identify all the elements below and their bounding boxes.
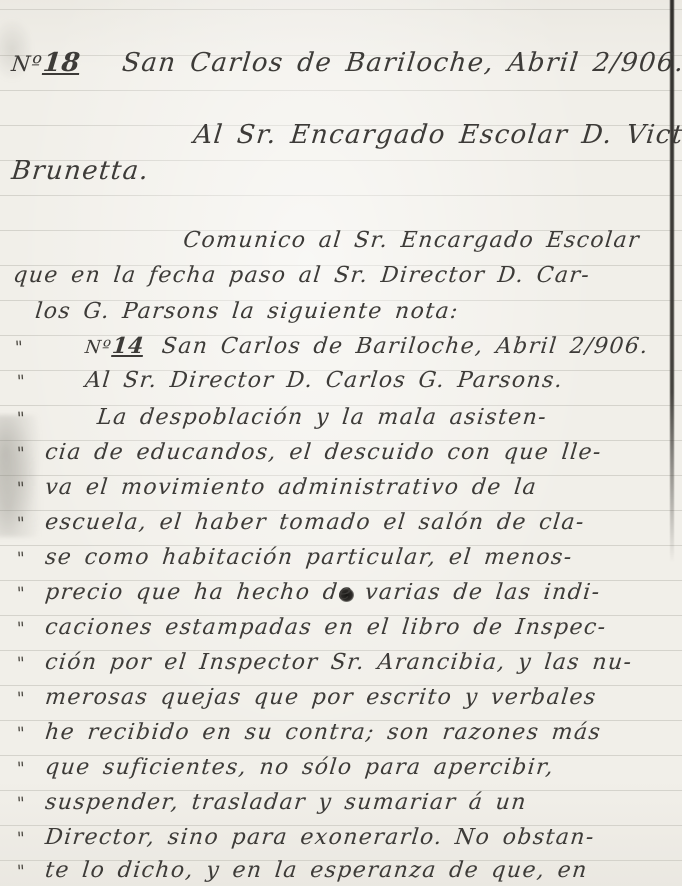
margin-quote-mark: "	[16, 654, 25, 674]
intro-line: que en la fecha paso al Sr. Director D. …	[12, 263, 591, 288]
note-body-line: " merosas quejas que por escrito y verba…	[16, 685, 598, 710]
margin-quote-mark: "	[16, 759, 25, 779]
note-addressee: Al Sr. Director D. Carlos G. Parsons.	[84, 368, 565, 393]
note-body-line: " que suficientes, no sólo para apercibi…	[16, 755, 555, 780]
manuscript-page: Nº18 San Carlos de Bariloche, Abril 2/90…	[0, 0, 682, 886]
margin-quote-mark: "	[16, 549, 25, 569]
note-body-line: " Director, sino para exonerarlo. No obs…	[16, 825, 596, 850]
place-date: San Carlos de Bariloche, Abril 2/906.	[121, 48, 682, 78]
margin-quote-mark: "	[14, 338, 23, 358]
note-body-line: " ción por el Inspector Sr. Arancibia, y…	[16, 650, 634, 675]
note-body-line: " se como habitación particular, el meno…	[16, 545, 574, 570]
note-place-date: San Carlos de Bariloche, Abril 2/906.	[161, 334, 650, 359]
note-body-line: " he recibido en su contra; son razones …	[16, 720, 603, 745]
addressee-line: Brunetta.	[10, 156, 151, 186]
note-body-text: La despoblación y la mala asisten-	[96, 405, 549, 430]
margin-quote-mark: "	[16, 829, 25, 849]
note-body-text: escuela, el haber tomado el salón de cla…	[44, 510, 586, 535]
note-body-text: te lo dicho, y en la esperanza de que, e…	[44, 858, 589, 883]
note-number-value: 14	[111, 333, 145, 359]
intro-line: Comunico al Sr. Encargado Escolar	[182, 228, 641, 253]
note-body-text: que suficientes, no sólo para apercibir,	[44, 755, 556, 780]
note-body-line: " caciones estampadas en el libro de Ins…	[16, 615, 608, 640]
margin-quote-mark: "	[16, 862, 25, 882]
scan-edge-line	[670, 0, 674, 562]
margin-quote-mark: "	[16, 372, 25, 392]
note-addressee-line: " Al Sr. Director D. Carlos G. Parsons.	[16, 368, 565, 393]
note-body-line: " suspender, trasladar y sumariar á un	[16, 790, 528, 815]
margin-quote-mark: "	[16, 514, 25, 534]
note-body-text: caciones estampadas en el libro de Inspe…	[44, 615, 608, 640]
note-body-line: " escuela, el haber tomado el salón de c…	[16, 510, 586, 535]
margin-quote-mark: "	[16, 724, 25, 744]
note-body-line: " La despoblación y la mala asisten-	[16, 405, 548, 430]
note-body-line: " cia de educandos, el descuido con que …	[16, 440, 603, 465]
letter-number-prefix: Nº	[10, 52, 44, 77]
note-body-text: cia de educandos, el descuido con que ll…	[44, 440, 603, 465]
note-body-text: suspender, trasladar y sumariar á un	[44, 790, 528, 815]
letter-number-value: 18	[41, 48, 81, 78]
margin-quote-mark: "	[16, 794, 25, 814]
note-body-text: merosas quejas que por escrito y verbale…	[44, 685, 598, 710]
note-number-prefix: Nº	[84, 337, 113, 358]
note-number: Nº14	[84, 333, 145, 359]
note-body-text: he recibido en su contra; son razones má…	[44, 720, 603, 745]
note-body-text: Director, sino para exonerarlo. No obsta…	[44, 825, 596, 850]
note-body-text: se como habitación particular, el menos-	[44, 545, 574, 570]
margin-quote-mark: "	[16, 689, 25, 709]
intro-line: los G. Parsons la siguiente nota:	[34, 299, 460, 324]
note-header-line: " Nº14 San Carlos de Bariloche, Abril 2/…	[14, 333, 650, 359]
margin-quote-mark: "	[16, 444, 25, 464]
margin-quote-mark: "	[16, 409, 25, 429]
margin-quote-mark: "	[16, 584, 25, 604]
note-body-line: " va el movimiento administrativo de la	[16, 475, 538, 500]
margin-quote-mark: "	[16, 619, 25, 639]
margin-quote-mark: "	[16, 479, 25, 499]
letter-number: Nº18	[10, 48, 82, 78]
note-body-text: va el movimiento administrativo de la	[44, 475, 539, 500]
note-body-line: " te lo dicho, y en la esperanza de que,…	[16, 858, 589, 883]
note-body-text: ción por el Inspector Sr. Arancibia, y l…	[44, 650, 634, 675]
letter-header: Nº18 San Carlos de Bariloche, Abril 2/90…	[10, 48, 682, 78]
note-body-line: " precio que ha hecho de varias de las i…	[16, 580, 602, 605]
note-body-text: precio que ha hecho de varias de las ind…	[44, 580, 602, 605]
addressee-line: Al Sr. Encargado Escolar D. Victor	[192, 120, 682, 150]
